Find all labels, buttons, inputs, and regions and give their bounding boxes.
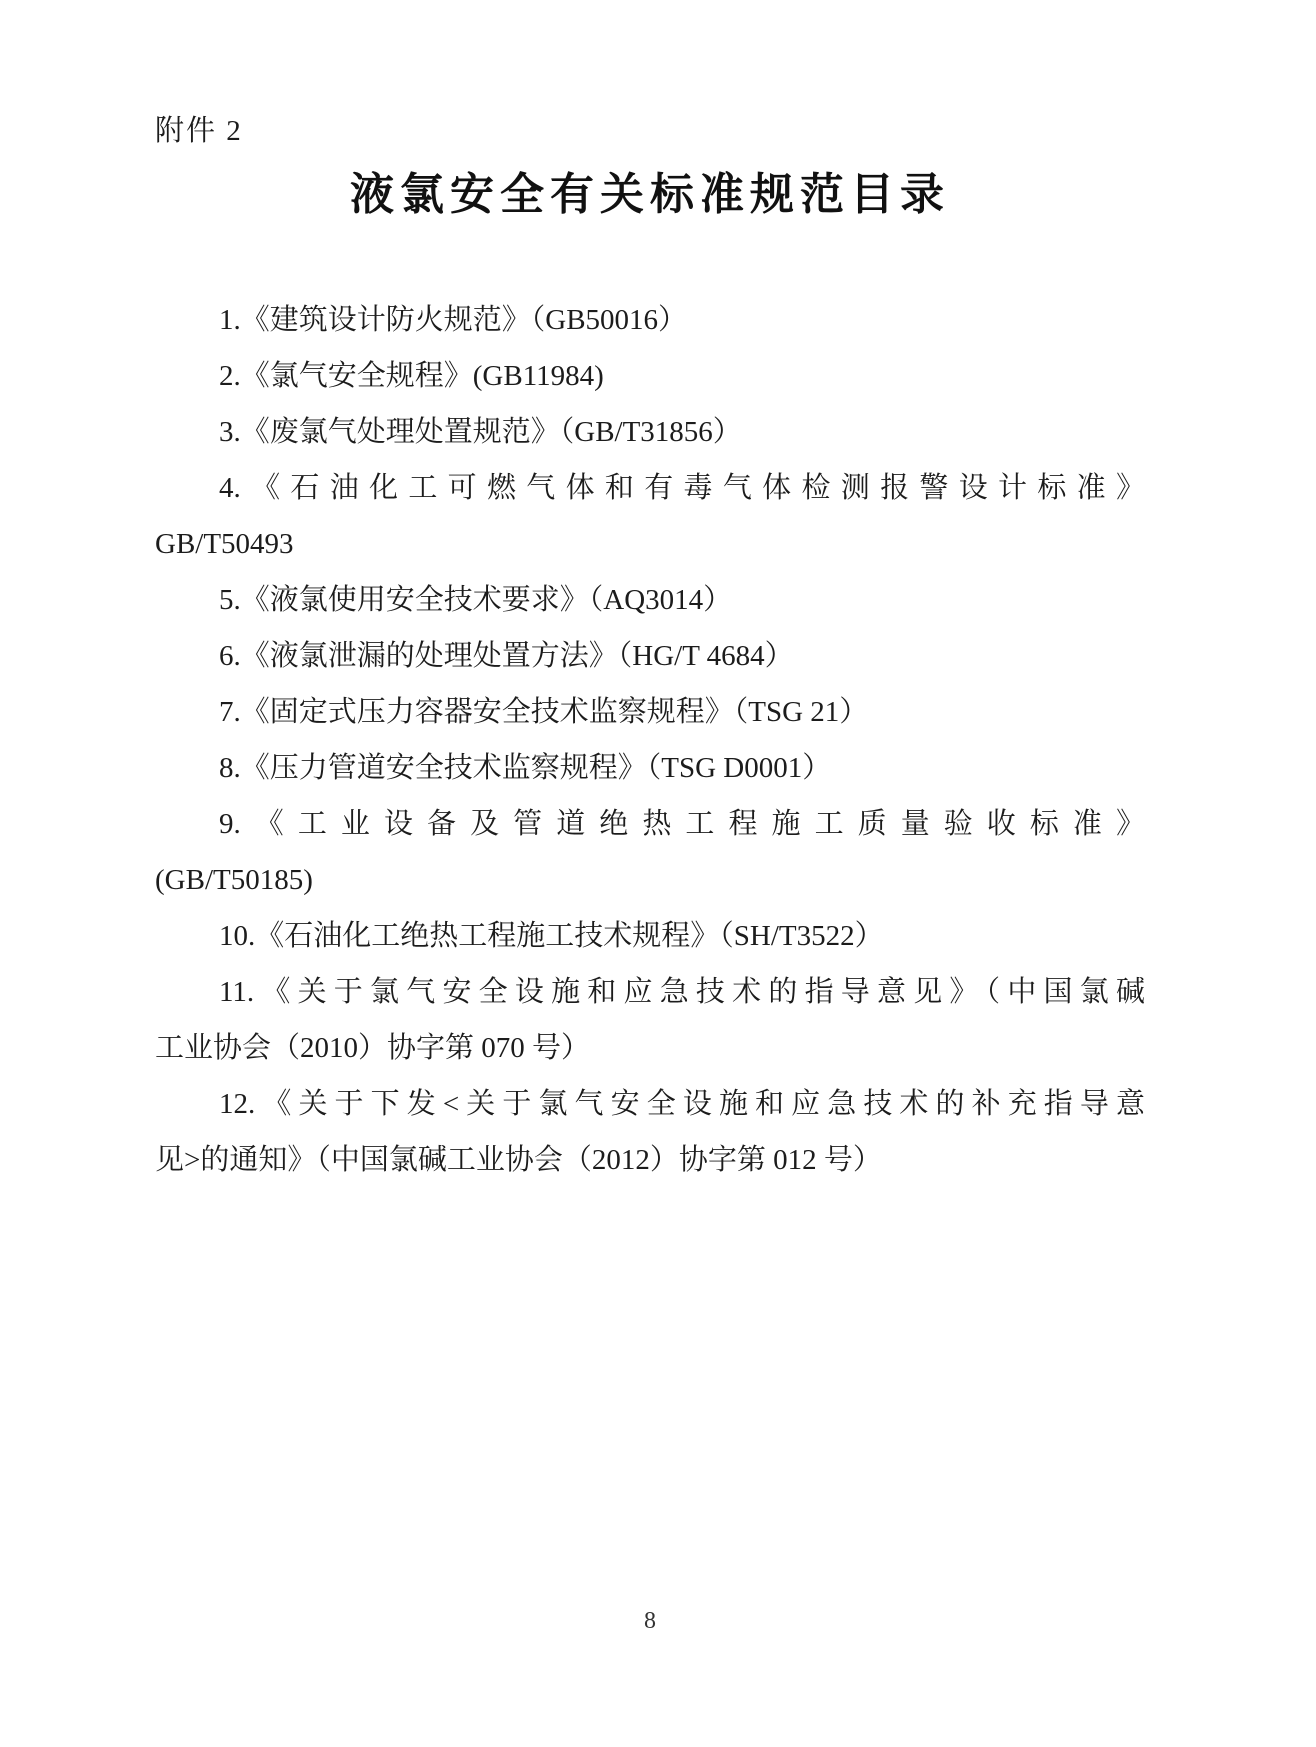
document-line: 工业协会（2010）协字第 070 号） <box>155 1020 1145 1076</box>
document-page: 附件 2 液氯安全有关标准规范目录 1.《建筑设计防火规范》（GB50016）2… <box>0 0 1316 1747</box>
document-line: 9.《工业设备及管道绝热工程施工质量验收标准》 <box>155 796 1145 852</box>
document-line: 7.《固定式压力容器安全技术监察规程》（TSG 21） <box>155 684 1145 740</box>
document-line: 4.《石油化工可燃气体和有毒气体检测报警设计标准》 <box>155 460 1145 516</box>
document-line: 1.《建筑设计防火规范》（GB50016） <box>155 292 1145 348</box>
document-line: 11.《关于氯气安全设施和应急技术的指导意见》（中国氯碱 <box>155 964 1145 1020</box>
document-line: 5.《液氯使用安全技术要求》（AQ3014） <box>155 572 1145 628</box>
page-title: 液氯安全有关标准规范目录 <box>155 158 1145 222</box>
standards-list: 1.《建筑设计防火规范》（GB50016）2.《氯气安全规程》(GB11984)… <box>155 292 1145 1188</box>
document-line: (GB/T50185) <box>155 852 1145 908</box>
document-line: 见>的通知》（中国氯碱工业协会（2012）协字第 012 号） <box>155 1132 1145 1188</box>
document-line: 6.《液氯泄漏的处理处置方法》（HG/T 4684） <box>155 628 1145 684</box>
page-number: 8 <box>155 1608 1145 1635</box>
document-line: 8.《压力管道安全技术监察规程》（TSG D0001） <box>155 740 1145 796</box>
document-line: 2.《氯气安全规程》(GB11984) <box>155 348 1145 404</box>
document-line: 10.《石油化工绝热工程施工技术规程》（SH/T3522） <box>155 908 1145 964</box>
document-line: GB/T50493 <box>155 516 1145 572</box>
document-line: 3.《废氯气处理处置规范》（GB/T31856） <box>155 404 1145 460</box>
document-line: 12.《关于下发<关于氯气安全设施和应急技术的补充指导意 <box>155 1076 1145 1132</box>
attachment-label: 附件 2 <box>155 108 243 149</box>
